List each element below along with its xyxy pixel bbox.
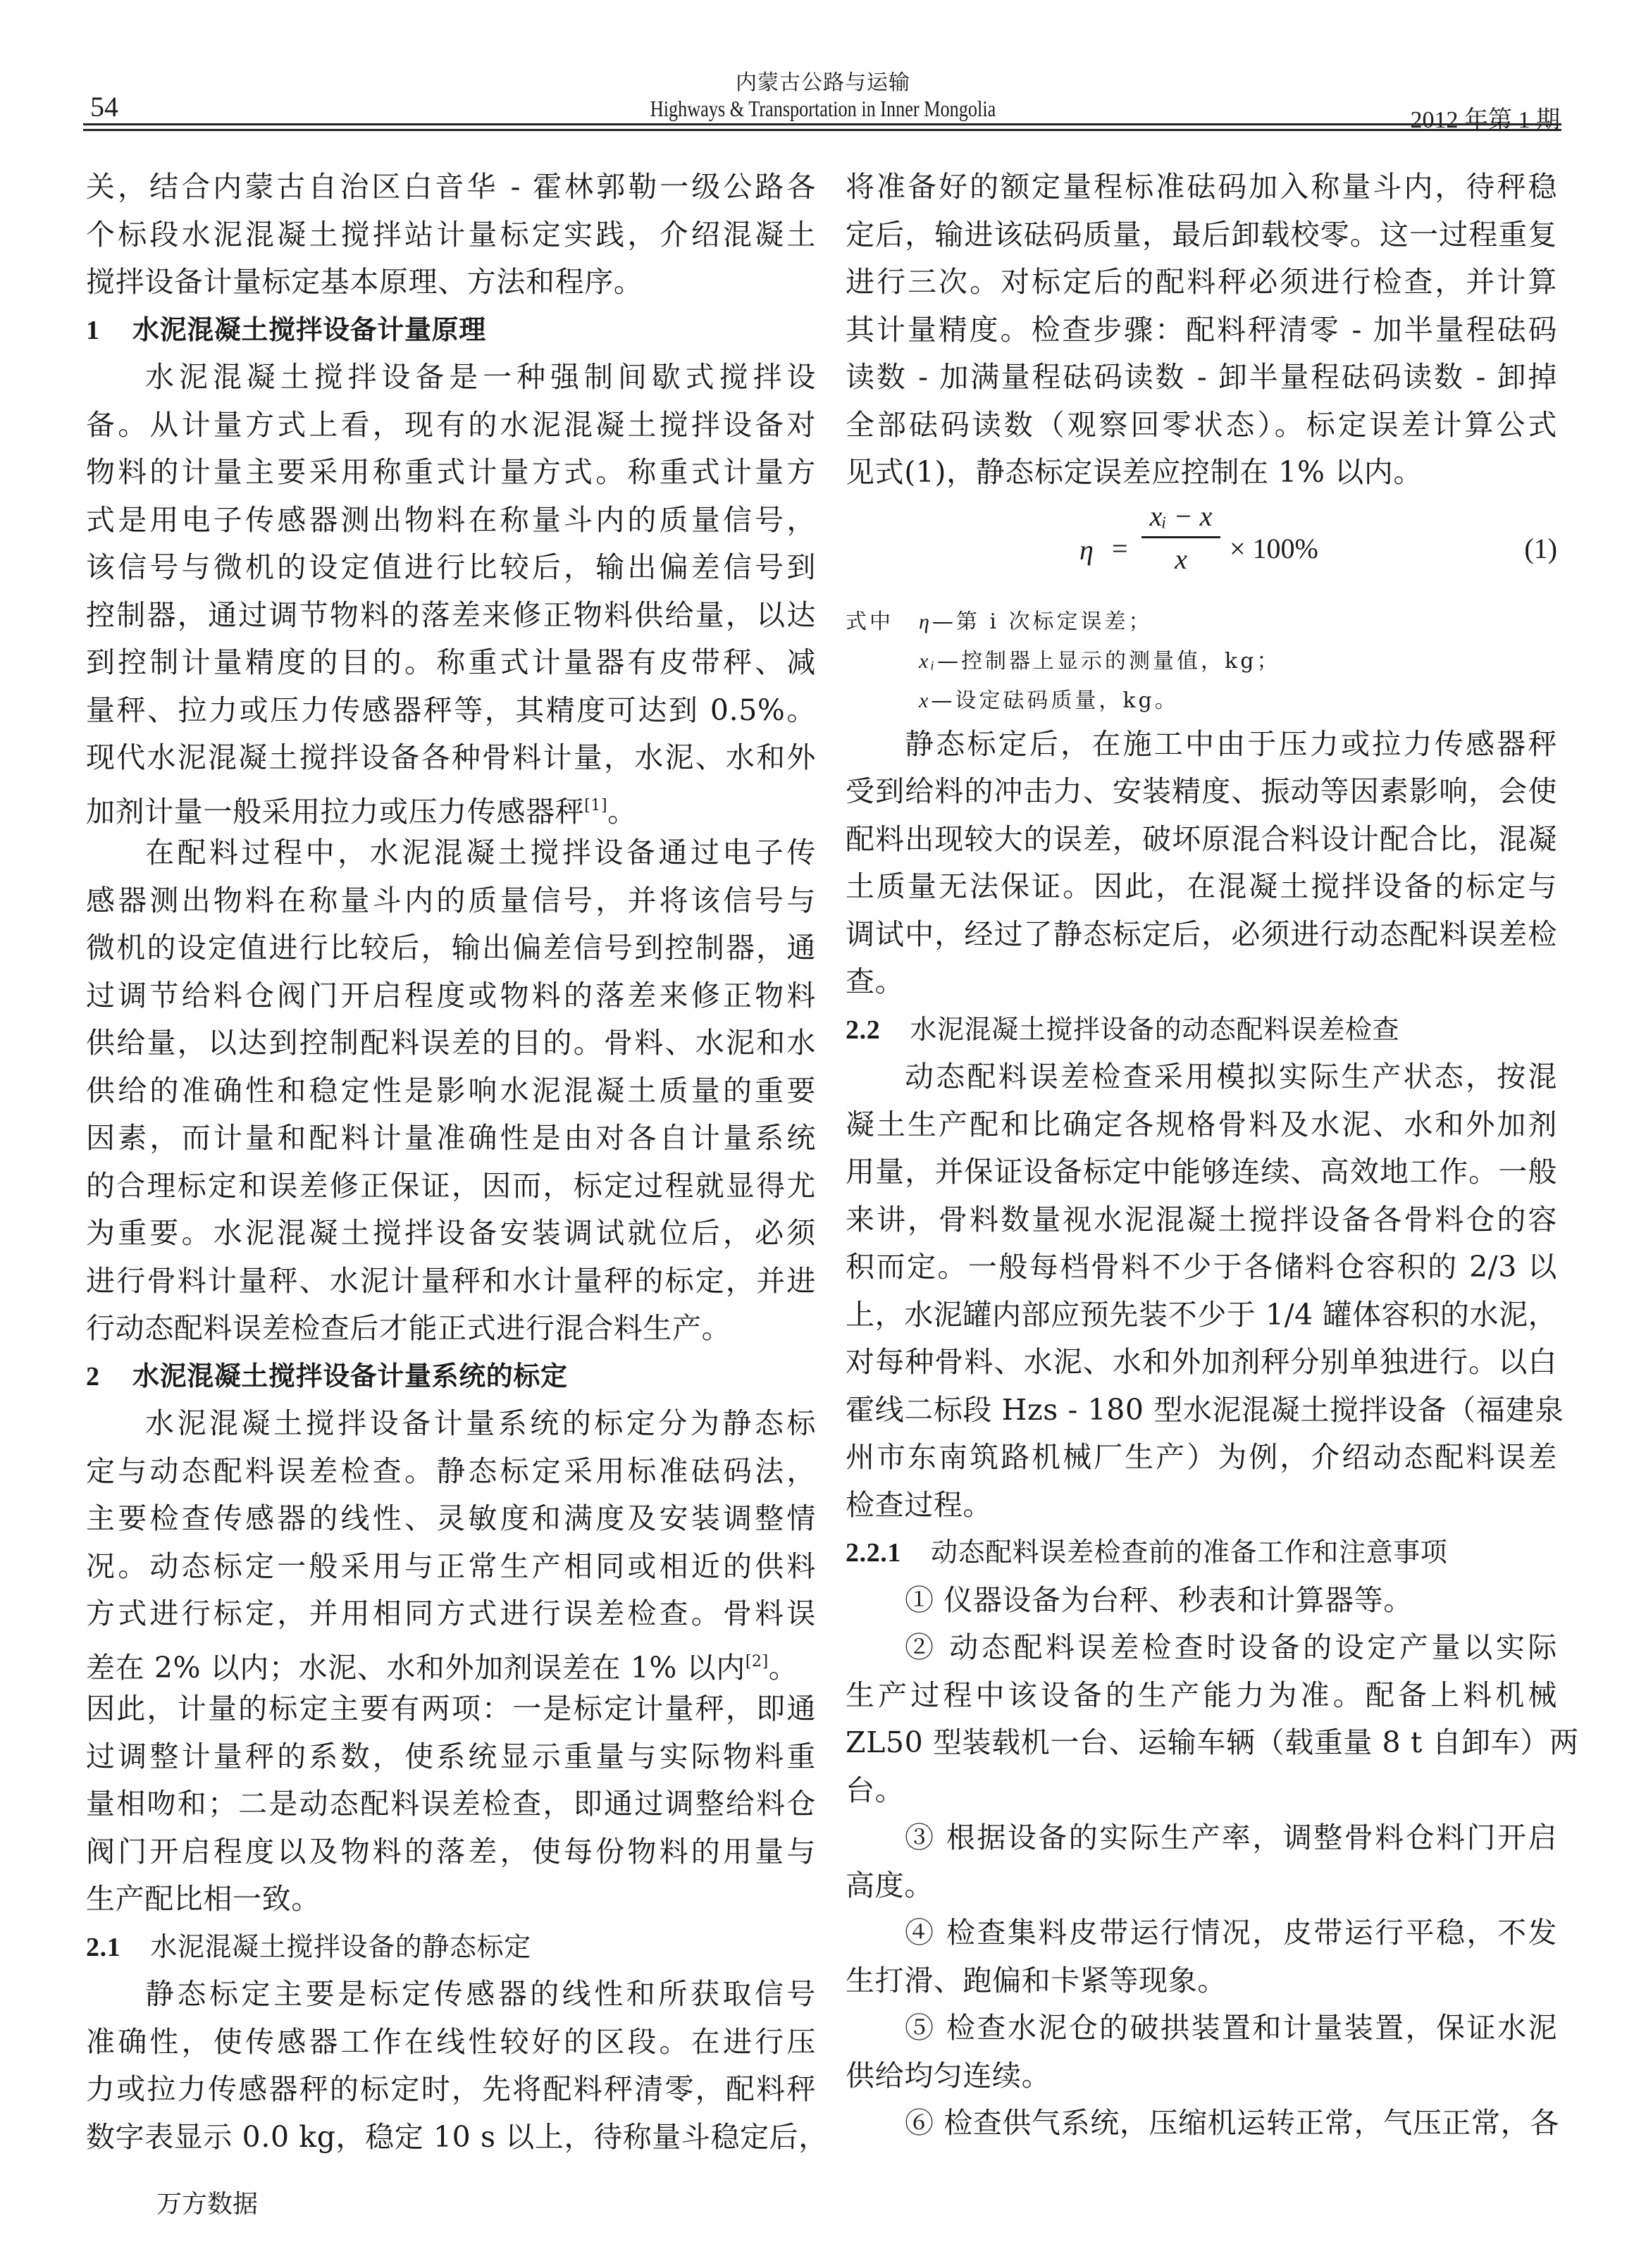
list-item-cont: 台。 (846, 1767, 1557, 1815)
text-line: 来讲，骨料数量视水泥混凝土搅拌设备各骨料仓的容 (846, 1196, 1557, 1244)
paragraph-6: 静态标定后，在施工中由于压力或拉力传感器秤 受到给料的冲击力、安装精度、振动等因… (846, 721, 1557, 1006)
equals-sign: = (1112, 532, 1128, 565)
paragraph-1: 水泥混凝土搅拌设备是一种强制间歇式搅拌设 备。从计量方式上看，现有的水泥混凝土搅… (86, 354, 816, 829)
subsection-number: 2.2 (846, 1007, 880, 1055)
text-line: 对每种骨料、水泥、水和外加剂秤分别单独进行。以白 (846, 1339, 1557, 1387)
section-heading-2: 2水泥混凝土搅拌设备计量系统的标定 (86, 1353, 816, 1401)
list-item: ⑥ 检查供气系统，压缩机运转正常，气压正常，各 (846, 2100, 1557, 2148)
section-heading-1: 1水泥混凝土搅拌设备计量原理 (86, 306, 816, 354)
journal-title-en: Highways & Transportation in Inner Mongo… (148, 96, 1498, 121)
text-line: 其计量精度。检查步骤：配料秤清零 - 加半量程砝码 (846, 306, 1557, 354)
paragraph-2: 在配料过程中，水泥混凝土搅拌设备通过电子传 感器测出物料在称量斗内的质量信号，并… (86, 829, 816, 1353)
equation-lhs: η (1079, 533, 1094, 566)
text-line: 加剂计量一般采用拉力或压力传感器秤[1]。 (86, 782, 816, 830)
journal-title-cn: 内蒙古公路与运输 (0, 70, 1646, 96)
text-line: 查。 (846, 958, 1557, 1006)
text-line: 因素，而计量和配料计量准确性是由对各自计量系统 (86, 1115, 816, 1163)
symbol: xᵢ (919, 650, 937, 673)
text-line: 将准备好的额定量程标准砝码加入称量斗内，待秤稳 (846, 163, 1557, 211)
text-line: 凝土生产配和比确定各规格骨料及水泥、水和外加剂 (846, 1101, 1557, 1149)
text-line: 受到给料的冲击力、安装精度、振动等因素影响，会使 (846, 768, 1557, 816)
text-line: 个标段水泥混凝土搅拌站计量标定实践，介绍混凝土 (86, 211, 816, 259)
legend-row: x—设定砝码质量，kg。 (846, 681, 1557, 721)
text-line: 见式(1)，静态标定误差应控制在 1% 以内。 (846, 449, 1557, 497)
header-rule-bottom (83, 129, 1561, 131)
text-line: 况。动态标定一般采用与正常生产相同或相近的供料 (86, 1543, 816, 1591)
text-line: 力或拉力传感器秤的标定时，先将配料秤清零，配料秤 (86, 2066, 816, 2114)
left-column: 关，结合内蒙古自治区白音华 - 霍林郭勒一级公路各 个标段水泥混凝土搅拌站计量标… (86, 163, 816, 2161)
text-line: 积而定。一般每档骨料不少于各储料仓容积的 2/3 以 (846, 1244, 1557, 1291)
text-line: 定与动态配料误差检查。静态标定采用标准砝码法， (86, 1448, 816, 1496)
list-item-cont: 高度。 (846, 1862, 1557, 1910)
list-item-cont: ZL50 型装载机一台、运输车辆（载重量 8 t 自卸车）两 (846, 1719, 1557, 1767)
symbol-description: —设定砝码质量，kg。 (931, 688, 1178, 713)
symbol-description: —第 i 次标定误差； (932, 609, 1153, 634)
text-line: 方式进行标定，并用相同方式进行误差检查。骨料误 (86, 1590, 816, 1638)
fraction: xᵢ − x x (1141, 497, 1220, 581)
list-item: ③ 根据设备的实际生产率，调整骨料仓料门开启 (846, 1814, 1557, 1862)
legend-row: 式中η—第 i 次标定误差； (846, 602, 1557, 642)
watermark: 万方数据 (156, 2184, 258, 2220)
text-line: 行动态配料误差检查后才能正式进行混合料生产。 (86, 1305, 816, 1353)
subsection-title: 水泥混凝土搅拌设备的动态配料误差检查 (910, 1014, 1399, 1045)
symbol: η (919, 610, 932, 633)
symbol-description: —控制器上显示的测量值，kg； (937, 649, 1280, 674)
subsection-number: 2.2.1 (846, 1530, 901, 1578)
multiplier: × 100% (1230, 532, 1318, 565)
numbered-list: ① 仪器设备为台秤、秒表和计算器等。 ② 动态配料误差检查时设备的设定产量以实际… (846, 1577, 1557, 2148)
text-line: 州市东南筑路机械厂生产）为例，介绍动态配料误差 (846, 1434, 1557, 1482)
text-line: 配料出现较大的误差，破坏原混合料设计配合比，混凝 (846, 816, 1557, 864)
citation-ref: [1] (584, 797, 607, 814)
equation-legend: 式中η—第 i 次标定误差； xᵢ—控制器上显示的测量值，kg； x—设定砝码质… (846, 602, 1557, 721)
text-line: 供给量，以达到控制配料误差的目的。骨料、水泥和水 (86, 1020, 816, 1067)
paragraph-intro-cont: 关，结合内蒙古自治区白音华 - 霍林郭勒一级公路各 个标段水泥混凝土搅拌站计量标… (86, 163, 816, 306)
subsection-heading-2-1: 2.1水泥混凝土搅拌设备的静态标定 (86, 1923, 816, 1971)
subsection-title: 动态配料误差检查前的准备工作和注意事项 (931, 1537, 1447, 1568)
text-line: 式是用电子传感器测出物料在称量斗内的质量信号， (86, 497, 816, 545)
text-line: 水泥混凝土搅拌设备是一种强制间歇式搅拌设 (86, 354, 816, 402)
text-line: 准确性，使传感器工作在线性较好的区段。在进行压 (86, 2019, 816, 2066)
text-line: 静态标定主要是标定传感器的线性和所获取信号 (86, 1971, 816, 2019)
text-line: 差在 2% 以内；水泥、水和外加剂误差在 1% 以内[2]。 (86, 1638, 816, 1686)
text-line: 控制器，通过调节物料的落差来修正物料供给量，以达 (86, 592, 816, 640)
text-line: 因此，计量的标定主要有两项：一是标定计量秤，即通 (86, 1685, 816, 1733)
text-line: 土质量无法保证。因此，在混凝土搅拌设备的标定与 (846, 863, 1557, 911)
text-line: 过调节给料仓阀门开启程度或物料的落差来修正物料 (86, 972, 816, 1020)
subsection-title: 水泥混凝土搅拌设备的静态标定 (150, 1931, 531, 1962)
text-line: 霍线二标段 Hzs - 180 型水泥混凝土搅拌设备（福建泉 (846, 1387, 1557, 1434)
text-line: 感器测出物料在称量斗内的质量信号，并将该信号与 (86, 877, 816, 925)
text-line: 主要检查传感器的线性、灵敏度和满度及安装调整情 (86, 1495, 816, 1543)
text-line: 关，结合内蒙古自治区白音华 - 霍林郭勒一级公路各 (86, 163, 816, 211)
text-line: 生产配比相一致。 (86, 1876, 816, 1923)
text-line: 定后，输进该砝码质量，最后卸载校零。这一过程重复 (846, 211, 1557, 259)
text-line: 用量，并保证设备标定中能够连续、高效地工作。一般 (846, 1148, 1557, 1196)
text-line: 备。从计量方式上看，现有的水泥混凝土搅拌设备对 (86, 402, 816, 450)
section-number: 1 (86, 307, 132, 355)
numerator: xᵢ − x (1141, 497, 1220, 536)
text-line: 量秤、拉力或压力传感器秤等，其精度可达到 0.5%。 (86, 687, 816, 735)
text-line: 为重要。水泥混凝土搅拌设备安装调试就位后，必须 (86, 1210, 816, 1258)
header-rule-top (83, 123, 1561, 125)
section-title: 水泥混凝土搅拌设备计量系统的标定 (132, 1361, 568, 1392)
paragraph-7: 动态配料误差检查采用模拟实际生产状态，按混 凝土生产配和比确定各规格骨料及水泥、… (846, 1053, 1557, 1529)
text-span: 。 (769, 1651, 798, 1685)
section-number: 2 (86, 1353, 132, 1401)
text-span: 。 (607, 795, 637, 829)
text-line: 在配料过程中，水泥混凝土搅拌设备通过电子传 (86, 829, 816, 877)
text-line: 的合理标定和误差修正保证，因而，标定过程就显得尤 (86, 1163, 816, 1210)
text-line: 上，水泥罐内部应预先装不少于 1/4 罐体容积的水泥， (846, 1291, 1557, 1339)
text-line: 水泥混凝土搅拌设备计量系统的标定分为静态标 (86, 1400, 816, 1448)
text-line: 静态标定后，在施工中由于压力或拉力传感器秤 (846, 721, 1557, 769)
text-line: 搅拌设备计量标定基本原理、方法和程序。 (86, 259, 816, 306)
paragraph-4: 静态标定主要是标定传感器的线性和所获取信号 准确性，使传感器工作在线性较好的区段… (86, 1971, 816, 2161)
list-item-cont: 供给均匀连续。 (846, 2052, 1557, 2100)
text-line: 检查过程。 (846, 1482, 1557, 1530)
text-line: 进行三次。对标定后的配料秤必须进行检查，并计算 (846, 259, 1557, 306)
legend-row: xᵢ—控制器上显示的测量值，kg； (846, 642, 1557, 681)
citation-ref: [2] (745, 1653, 769, 1671)
list-item: ⑤ 检查水泥仓的破拱装置和计量装置，保证水泥 (846, 2004, 1557, 2052)
text-line: 全部砝码读数（观察回零状态）。标定误差计算公式 (846, 402, 1557, 450)
text-line: 数字表显示 0.0 kg，稳定 10 s 以上，待称量斗稳定后， (86, 2114, 816, 2162)
equation-number: (1) (1524, 532, 1557, 565)
text-line: 过调整计量秤的系数，使系统显示重量与实际物料重 (86, 1733, 816, 1781)
denominator: x (1141, 538, 1220, 581)
list-item: ④ 检查集料皮带运行情况，皮带运行平稳，不发 (846, 1909, 1557, 1957)
section-title: 水泥混凝土搅拌设备计量原理 (132, 314, 486, 345)
text-span: 差在 2% 以内；水泥、水和外加剂误差在 1% 以内 (86, 1651, 745, 1685)
text-line: 该信号与微机的设定值进行比较后，输出偏差信号到 (86, 544, 816, 592)
text-line: 到控制计量精度的目的。称重式计量器有皮带秤、减 (86, 639, 816, 687)
subsection-heading-2-2: 2.2水泥混凝土搅拌设备的动态配料误差检查 (846, 1006, 1557, 1054)
running-header: 内蒙古公路与运输 Highways & Transportation in In… (0, 70, 1646, 121)
text-line: 供给的准确性和稳定性是影响水泥混凝土质量的重要 (86, 1067, 816, 1115)
text-line: 调试中，经过了静态标定后，必须进行动态配料误差检 (846, 911, 1557, 959)
text-line: 读数 - 加满量程砝码读数 - 卸半量程砝码读数 - 卸掉 (846, 354, 1557, 402)
list-item-cont: 生打滑、跑偏和卡紧等现象。 (846, 1957, 1557, 2005)
subsection-number: 2.1 (86, 1924, 120, 1972)
subsection-heading-2-2-1: 2.2.1动态配料误差检查前的准备工作和注意事项 (846, 1529, 1557, 1577)
text-span: 加剂计量一般采用拉力或压力传感器秤 (86, 795, 584, 829)
list-item: ② 动态配料误差检查时设备的设定产量以实际 (846, 1624, 1557, 1672)
text-line: 现代水泥混凝土搅拌设备各种骨料计量，水泥、水和外 (86, 734, 816, 782)
list-item: ① 仪器设备为台秤、秒表和计算器等。 (846, 1577, 1557, 1625)
paragraph-5: 将准备好的额定量程标准砝码加入称量斗内，待秤稳 定后，输进该砝码质量，最后卸载校… (846, 163, 1557, 497)
text-line: 阀门开启程度以及物料的落差，使每份物料的用量与 (86, 1828, 816, 1876)
text-line: 动态配料误差检查采用模拟实际生产状态，按混 (846, 1053, 1557, 1101)
text-line: 物料的计量主要采用称重式计量方式。称重式计量方 (86, 449, 816, 497)
text-line: 进行骨料计量秤、水泥计量秤和水计量秤的标定，并进 (86, 1258, 816, 1306)
right-column: 将准备好的额定量程标准砝码加入称量斗内，待秤稳 定后，输进该砝码质量，最后卸载校… (846, 163, 1557, 2148)
text-line: 量相吻和；二是动态配料误差检查，即通过调整给料仓 (86, 1780, 816, 1828)
symbol: x (919, 689, 931, 712)
equation-1: η = xᵢ − x x × 100% (1) (846, 497, 1557, 602)
text-line: 微机的设定值进行比较后，输出偏差信号到控制器，通 (86, 924, 816, 972)
legend-label: 式中 (846, 602, 919, 642)
list-item-cont: 生产过程中该设备的生产能力为准。配备上料机械 (846, 1672, 1557, 1720)
paragraph-3: 水泥混凝土搅拌设备计量系统的标定分为静态标 定与动态配料误差检查。静态标定采用标… (86, 1400, 816, 1923)
